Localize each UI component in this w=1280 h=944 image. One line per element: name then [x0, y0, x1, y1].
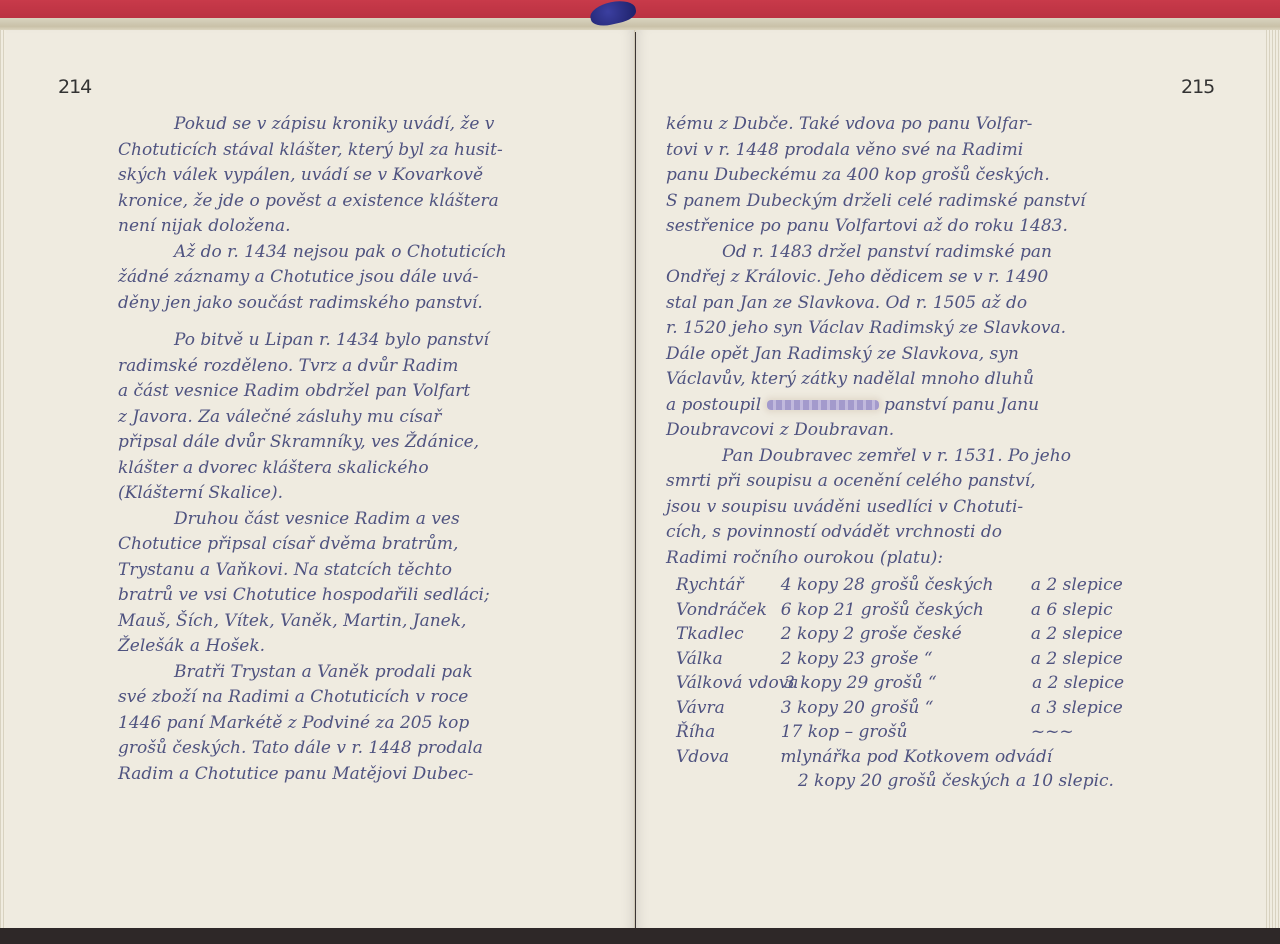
ledger-row: 2 kopy 20 grošů českých a 10 slepic.: [666, 769, 1186, 794]
ledger-money: 17 kop – grošů: [781, 720, 1031, 745]
text-line: kému z Dubče. Také vdova po panu Volfar-: [666, 112, 1186, 138]
text-line: své zboží na Radimi a Chotuticích v roce: [118, 685, 588, 711]
text-line: děny jen jako součást radimského panství…: [118, 291, 588, 317]
text-line: Radim a Chotutice panu Matějovi Dubec-: [118, 762, 588, 788]
text-line: radimské rozděleno. Tvrz a dvůr Radim: [118, 354, 588, 380]
text-line: 1446 paní Markétě z Podviné za 205 kop: [118, 711, 588, 737]
text-line: S panem Dubeckým drželi celé radimské pa…: [666, 189, 1186, 215]
ledger-name: Vávra: [666, 696, 781, 721]
page-number: 215: [1181, 76, 1214, 98]
text-fragment: a postoupil: [666, 395, 761, 415]
text-line: Chotuticích stával klášter, který byl za…: [118, 138, 588, 164]
page-number: 214: [58, 76, 91, 98]
text-line: cích, s povinností odvádět vrchnosti do: [666, 520, 1186, 546]
ledger-hens: a 3 slepice: [1031, 696, 1186, 721]
text-line: Pan Doubravec zemřel v r. 1531. Po jeho: [666, 444, 1186, 470]
text-line: jsou v soupisu uváděni usedlíci v Chotut…: [666, 495, 1186, 521]
ledger-hens: a 2 slepice: [1031, 622, 1186, 647]
text-line: smrti při soupisu a ocenění celého panst…: [666, 469, 1186, 495]
left-page: 214 Pokud se v zápisu kroniky uvádí, že …: [6, 30, 635, 930]
ledger-hens: a 2 slepice: [1031, 647, 1186, 672]
ledger-row: Válková vdova 3 kopy 29 grošů “ a 2 slep…: [666, 671, 1186, 696]
ledger-name: [666, 769, 776, 794]
text-line: žádné záznamy a Chotutice jsou dále uvá-: [118, 265, 588, 291]
text-line: tovi v r. 1448 prodala věno své na Radim…: [666, 138, 1186, 164]
text-line: Dále opět Jan Radimský ze Slavkova, syn: [666, 342, 1186, 368]
ledger-name: Rychtář: [666, 573, 781, 598]
text-fragment: panství panu Janu: [884, 395, 1039, 415]
ledger-money: 3 kopy 20 grošů “: [781, 696, 1031, 721]
ledger-money: 3 kopy 29 grošů “: [784, 671, 1032, 696]
text-line: z Javora. Za válečné zásluhy mu císař: [118, 405, 588, 431]
text-line: grošů českých. Tato dále v r. 1448 proda…: [118, 736, 588, 762]
text-line: připsal dále dvůr Skramníky, ves Ždánice…: [118, 430, 588, 456]
ledger-money: 2 kopy 2 groše české: [781, 622, 1031, 647]
text-line-with-erasure: a postoupil panství panu Janu: [666, 393, 1186, 419]
text-line: ských válek vypálen, uvádí se v Kovarkov…: [118, 163, 588, 189]
chronicle-text-right: kému z Dubče. Také vdova po panu Volfar-…: [666, 112, 1186, 794]
text-line: klášter a dvorec kláštera skalického: [118, 456, 588, 482]
text-line: Po bitvě u Lipan r. 1434 bylo panství: [118, 328, 588, 354]
ledger-hens: ~~~: [1031, 720, 1186, 745]
tax-ledger-table: Rychtář 4 kopy 28 grošů českých a 2 slep…: [666, 573, 1186, 794]
page-edges-right: [1266, 30, 1280, 930]
text-line: bratrů ve vsi Chotutice hospodařili sedl…: [118, 583, 588, 609]
text-line: r. 1520 jeho syn Václav Radimský ze Slav…: [666, 316, 1186, 342]
erased-word-mark: [767, 400, 879, 410]
text-line: Doubravcovi z Doubravan.: [666, 418, 1186, 444]
ledger-row: Válka 2 kopy 23 groše “ a 2 slepice: [666, 647, 1186, 672]
ledger-row: Vondráček 6 kop 21 grošů českých a 6 sle…: [666, 598, 1186, 623]
text-line: není nijak doložena.: [118, 214, 588, 240]
ledger-hens: a 6 slepic: [1031, 598, 1186, 623]
ledger-row: Vávra 3 kopy 20 grošů “ a 3 slepice: [666, 696, 1186, 721]
text-line: Bratři Trystan a Vaněk prodali pak: [118, 660, 588, 686]
ledger-hens: a 2 slepice: [1032, 671, 1186, 696]
ledger-money: 6 kop 21 grošů českých: [781, 598, 1031, 623]
ledger-name: Válka: [666, 647, 781, 672]
ledger-name: Říha: [666, 720, 781, 745]
text-line: Chotutice připsal císař dvěma bratrům,: [118, 532, 588, 558]
ledger-name: Vondráček: [666, 598, 781, 623]
book-bottom-shadow: [0, 928, 1280, 944]
text-line: Václavův, který zátky nadělal mnoho dluh…: [666, 367, 1186, 393]
ledger-name: Válková vdova: [666, 671, 784, 696]
text-line: Mauš, Ších, Vítek, Vaněk, Martin, Janek,: [118, 609, 588, 635]
text-line: panu Dubeckému za 400 kop grošů českých.: [666, 163, 1186, 189]
ledger-hens: a 2 slepice: [1031, 573, 1186, 598]
text-line: Pokud se v zápisu kroniky uvádí, že v: [118, 112, 588, 138]
chronicle-text-left: Pokud se v zápisu kroniky uvádí, že v Ch…: [118, 112, 588, 787]
text-line: Až do r. 1434 nejsou pak o Chotuticích: [118, 240, 588, 266]
text-line: (Klášterní Skalice).: [118, 481, 588, 507]
ledger-name: Tkadlec: [666, 622, 781, 647]
ledger-name: Vdova: [666, 745, 780, 770]
ledger-row: Rychtář 4 kopy 28 grošů českých a 2 slep…: [666, 573, 1186, 598]
ledger-money: 4 kopy 28 grošů českých: [781, 573, 1031, 598]
ledger-row: Vdova mlynářka pod Kotkovem odvádí: [666, 745, 1186, 770]
text-line: Ondřej z Královic. Jeho dědicem se v r. …: [666, 265, 1186, 291]
text-line: stal pan Jan ze Slavkova. Od r. 1505 až …: [666, 291, 1186, 317]
text-line: Trystanu a Vaňkovi. Na statcích těchto: [118, 558, 588, 584]
ledger-money: 2 kopy 20 grošů českých a 10 slepic.: [776, 769, 1186, 794]
ledger-row: Tkadlec 2 kopy 2 groše české a 2 slepice: [666, 622, 1186, 647]
ledger-row: Říha 17 kop – grošů ~~~: [666, 720, 1186, 745]
text-line: kronice, že jde o pověst a existence klá…: [118, 189, 588, 215]
right-page: 215 kému z Dubče. Také vdova po panu Vol…: [636, 30, 1266, 930]
text-line: Od r. 1483 držel panství radimské pan: [666, 240, 1186, 266]
ledger-money: mlynářka pod Kotkovem odvádí: [780, 745, 1186, 770]
paragraph-gap: [118, 316, 588, 328]
text-line: sestřenice po panu Volfartovi až do roku…: [666, 214, 1186, 240]
text-line: Želešák a Hošek.: [118, 634, 588, 660]
text-line: a část vesnice Radim obdržel pan Volfart: [118, 379, 588, 405]
text-line: Druhou část vesnice Radim a ves: [118, 507, 588, 533]
ledger-money: 2 kopy 23 groše “: [781, 647, 1031, 672]
text-line: Radimi ročního ourokou (platu):: [666, 546, 1186, 572]
